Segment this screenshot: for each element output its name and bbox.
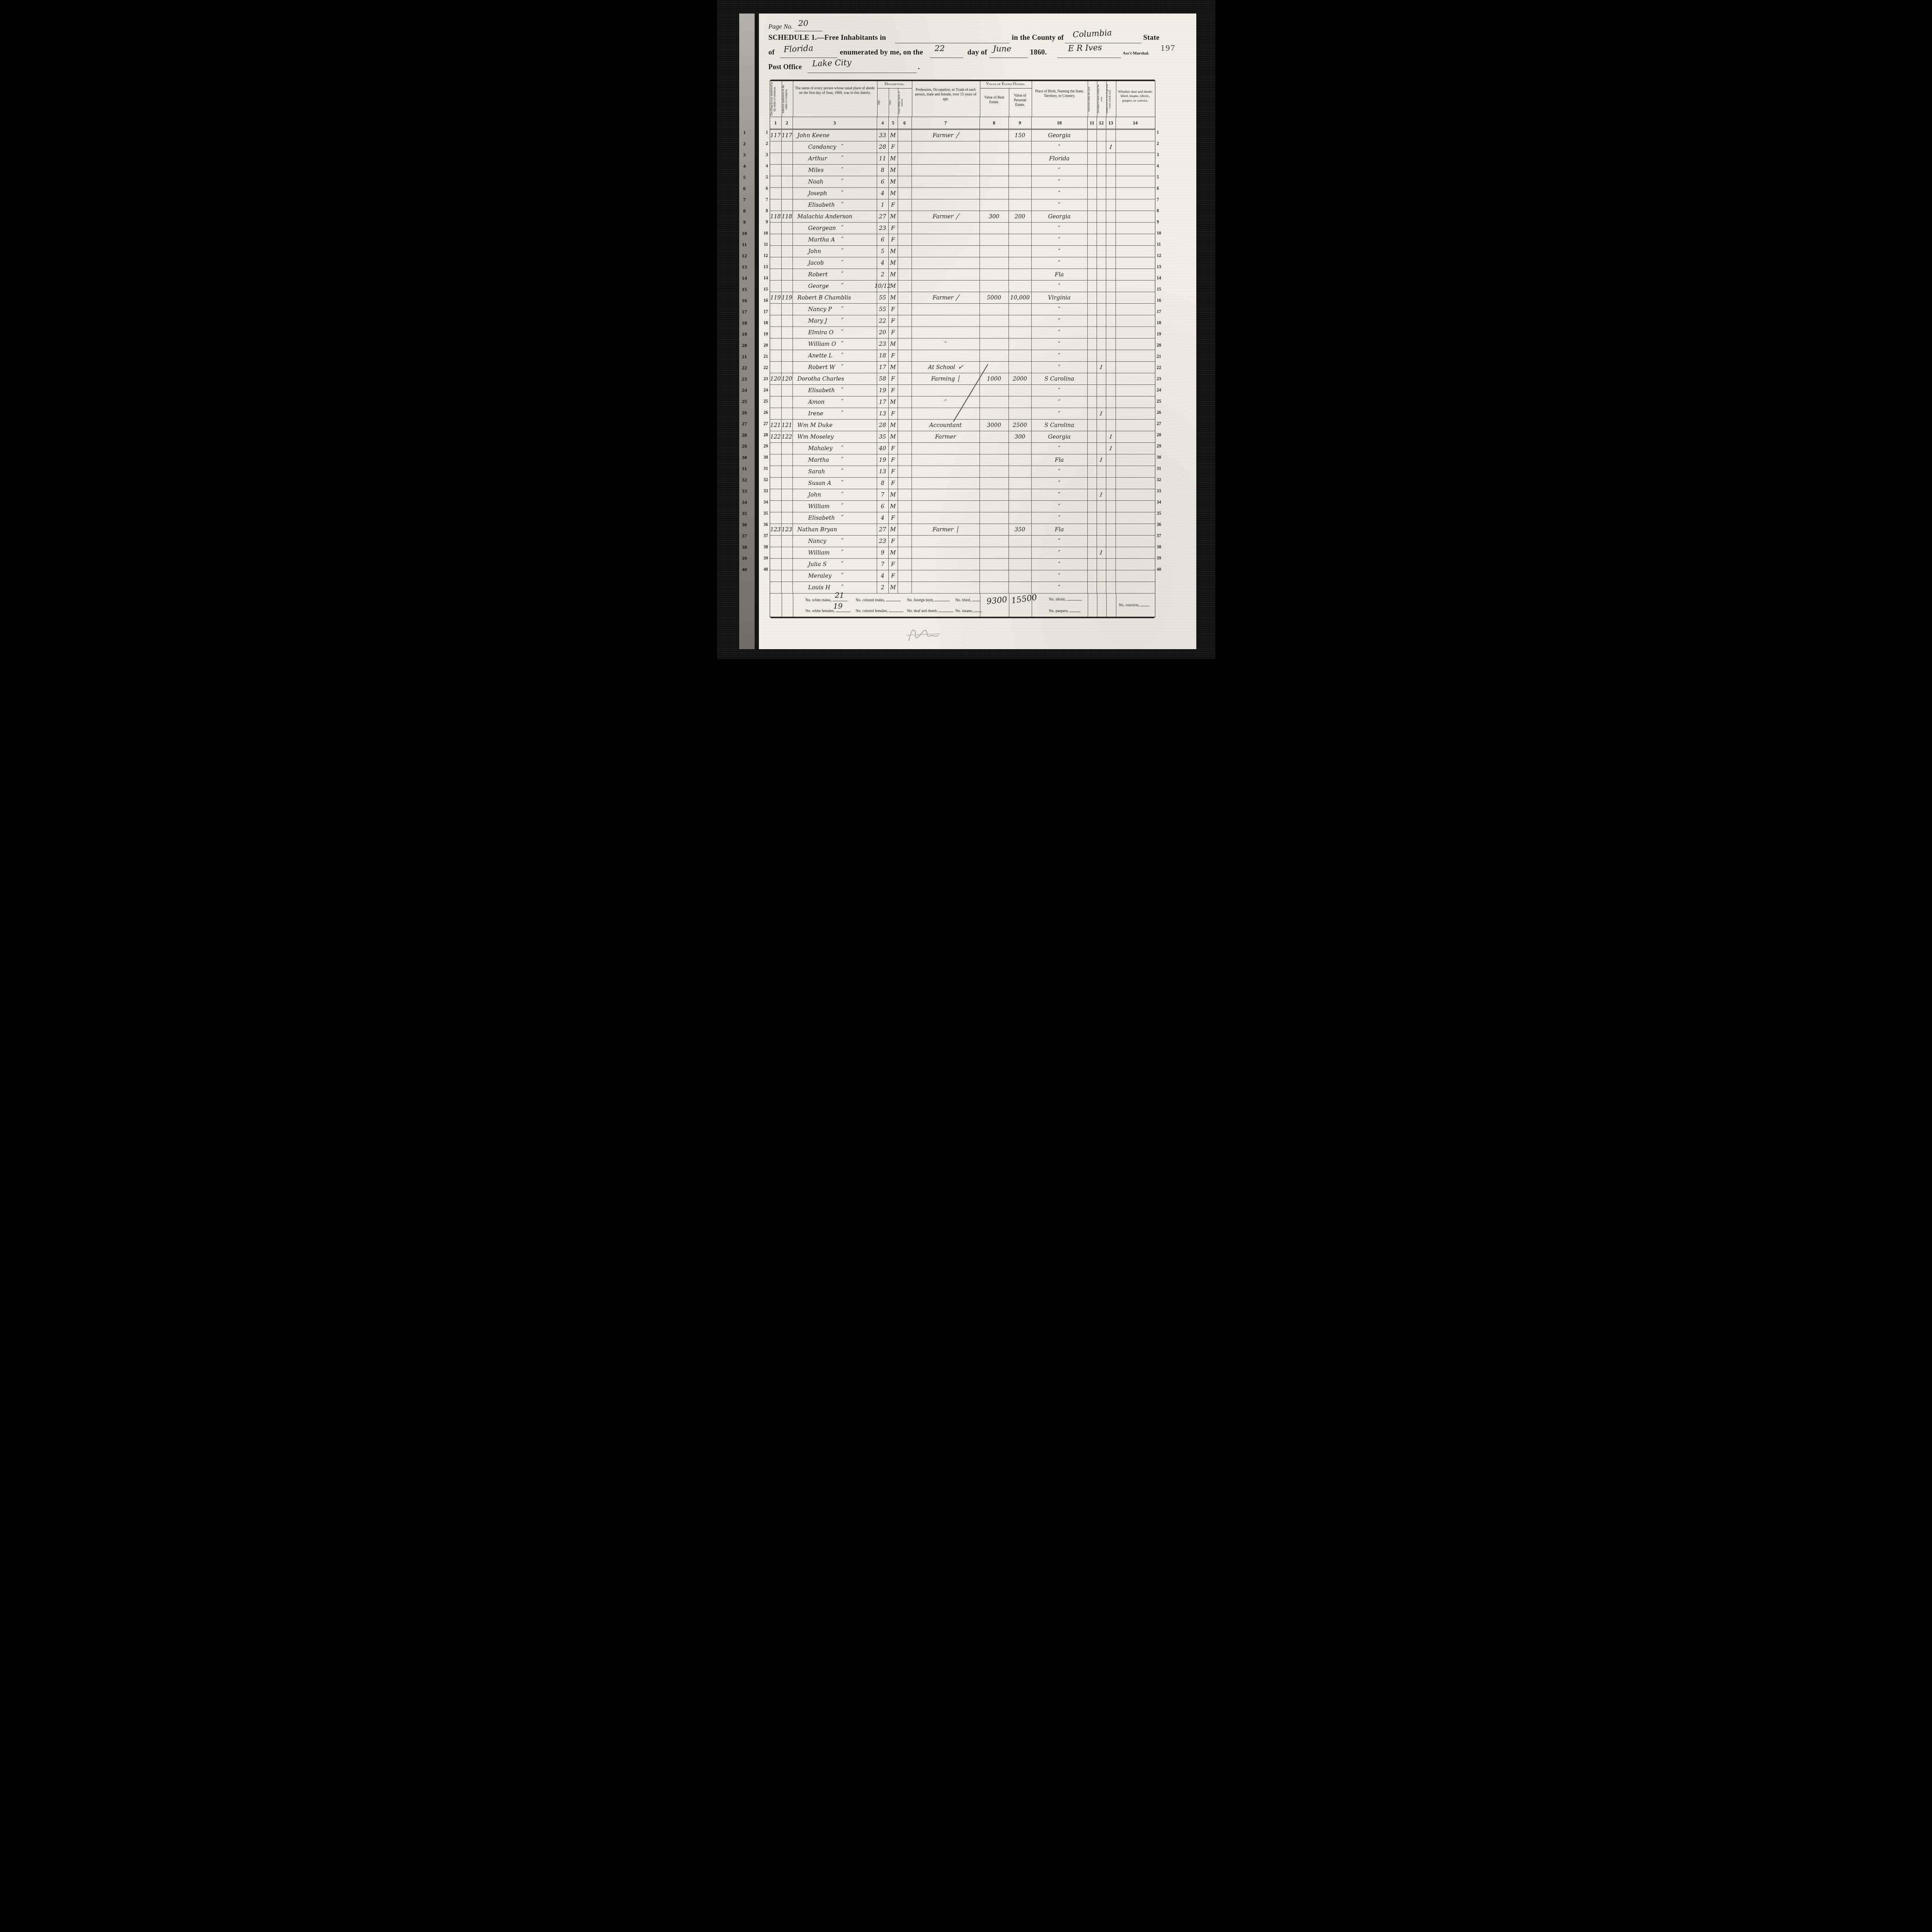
cell-family-number: [782, 443, 793, 454]
margin-row-number: 6: [759, 186, 768, 191]
column-number: 14: [1116, 117, 1155, 129]
cell-color: [898, 199, 912, 211]
cell-color: [898, 373, 912, 384]
cell-remarks: [1116, 199, 1155, 211]
cell-family-number: [782, 269, 793, 280]
cell-age: 5: [877, 246, 889, 257]
cell-family-number: [782, 176, 793, 187]
cell-occupation: Farmer/: [912, 211, 980, 222]
state-label: State: [1143, 34, 1160, 42]
table-row: Nancy P″55F″: [770, 304, 1155, 315]
cell-cannot-read-write: [1106, 489, 1116, 500]
cell-cannot-read-write: [1106, 396, 1116, 408]
cell-occupation: [912, 570, 980, 582]
cell-married-within-year: [1088, 559, 1097, 570]
cell-remarks: [1116, 489, 1155, 500]
cell-occupation: Farmer\: [912, 524, 980, 535]
cell-occupation: [912, 408, 980, 419]
cell-personal-estate-value: [1009, 165, 1032, 176]
cell-dwelling-number: 122: [770, 431, 782, 442]
cell-dwelling-number: [770, 246, 782, 257]
cell-dwelling-number: [770, 141, 782, 153]
margin-row-number: 18: [759, 321, 768, 325]
signature-underline: [1057, 57, 1121, 58]
cell-cannot-read-write: 1: [1106, 141, 1116, 153]
table-row: Noah″6M″: [770, 176, 1155, 188]
cell-place-of-birth: ″: [1032, 188, 1088, 199]
cell-family-number: [782, 165, 793, 176]
cell-name: Dorotha Charles: [793, 373, 877, 384]
cell-sex: M: [889, 211, 898, 222]
cell-name: Elisabeth″: [793, 385, 877, 396]
state-underline: [780, 57, 837, 58]
cell-family-number: [782, 199, 793, 211]
cell-attended-school: [1097, 234, 1106, 245]
cell-remarks: [1116, 269, 1155, 280]
insane-label: No. insane,: [956, 608, 983, 613]
cell-cannot-read-write: [1106, 524, 1116, 535]
margin-row-number: 4: [1157, 164, 1166, 168]
cell-attended-school: [1097, 466, 1106, 477]
cell-color: [898, 582, 912, 593]
cell-place-of-birth: ″: [1032, 466, 1088, 477]
edge-row-number: 5: [738, 174, 751, 180]
cell-occupation: [912, 257, 980, 269]
cell-personal-estate-value: [1009, 281, 1032, 292]
cell-color: [898, 281, 912, 292]
post-office-period: .: [918, 63, 920, 71]
cell-cannot-read-write: [1106, 211, 1116, 222]
cell-family-number: [782, 281, 793, 292]
of-label: of: [769, 48, 775, 57]
cell-married-within-year: [1088, 536, 1097, 547]
cell-real-estate-value: [980, 350, 1009, 361]
cell-dwelling-number: [770, 547, 782, 558]
cell-age: 1: [877, 199, 889, 211]
cell-real-estate-value: [980, 246, 1009, 257]
cell-attended-school: [1097, 524, 1106, 535]
header-col12: Attended School within the year.: [1097, 82, 1106, 116]
cell-married-within-year: [1088, 223, 1097, 234]
cell-married-within-year: [1088, 304, 1097, 315]
cell-age: 6: [877, 234, 889, 245]
cell-real-estate-value: [980, 315, 1009, 327]
cell-remarks: [1116, 176, 1155, 187]
cell-color: [898, 443, 912, 454]
header-col7: Profession, Occupation, or Trade of each…: [913, 88, 978, 102]
margin-row-number: 30: [1157, 455, 1166, 460]
cell-married-within-year: [1088, 570, 1097, 582]
cell-name: Robert B Chamblis: [793, 292, 877, 303]
cell-married-within-year: [1088, 454, 1097, 466]
cell-dwelling-number: [770, 396, 782, 408]
cell-place-of-birth: ″: [1032, 536, 1088, 547]
cell-personal-estate-value: 10,000: [1009, 292, 1032, 303]
cell-dwelling-number: [770, 153, 782, 164]
cell-married-within-year: [1088, 292, 1097, 303]
colored-females-label: No. colored females,: [856, 608, 904, 613]
cell-dwelling-number: [770, 559, 782, 570]
cell-name: George″: [793, 281, 877, 292]
cell-family-number: [782, 304, 793, 315]
cell-remarks: [1116, 466, 1155, 477]
county-label: in the County of: [1012, 34, 1064, 42]
cell-dwelling-number: [770, 489, 782, 500]
cell-married-within-year: [1088, 188, 1097, 199]
margin-row-number: 31: [759, 466, 768, 471]
cell-family-number: [782, 512, 793, 524]
margin-row-number: 38: [1157, 545, 1166, 549]
table-row: 123123Nathan Bryan27MFarmer\350Fla: [770, 524, 1155, 536]
cell-sex: F: [889, 443, 898, 454]
cell-cannot-read-write: [1106, 408, 1116, 419]
cell-color: [898, 396, 912, 408]
cell-occupation: At School✓: [912, 362, 980, 373]
cell-cannot-read-write: [1106, 536, 1116, 547]
cell-attended-school: [1097, 559, 1106, 570]
cell-dwelling-number: 118: [770, 211, 782, 222]
cell-occupation: [912, 269, 980, 280]
margin-row-number: 39: [1157, 556, 1166, 561]
table-row: John″5M″: [770, 246, 1155, 257]
margin-row-number: 30: [759, 455, 768, 460]
cell-age: 27: [877, 524, 889, 535]
margin-row-number: 7: [759, 197, 768, 202]
cell-remarks: [1116, 420, 1155, 431]
cell-color: [898, 489, 912, 500]
margin-row-number: 29: [759, 444, 768, 449]
cell-personal-estate-value: [1009, 454, 1032, 466]
cell-cannot-read-write: [1106, 234, 1116, 245]
column-number-row: 1234567891011121314: [770, 117, 1155, 130]
cell-married-within-year: [1088, 176, 1097, 187]
cell-name: Georgean″: [793, 223, 877, 234]
cell-place-of-birth: ″: [1032, 223, 1088, 234]
cell-family-number: 121: [782, 420, 793, 431]
cell-cannot-read-write: [1106, 338, 1116, 350]
table-row: Robert W″17MAt School✓″1: [770, 362, 1155, 373]
cell-married-within-year: [1088, 246, 1097, 257]
edge-row-number: 4: [738, 163, 751, 169]
edge-row-number: 2: [738, 141, 751, 147]
edge-row-number: 23: [738, 376, 751, 382]
cell-personal-estate-value: [1009, 327, 1032, 338]
table-row: Mahaley″40F″1: [770, 443, 1155, 454]
year-value: 1860.: [1030, 48, 1047, 57]
cell-color: [898, 454, 912, 466]
cell-attended-school: [1097, 153, 1106, 164]
cell-place-of-birth: ″: [1032, 304, 1088, 315]
margin-row-number: 25: [759, 399, 768, 404]
cell-real-estate-value: [980, 536, 1009, 547]
cell-occupation: Farming\: [912, 373, 980, 384]
cell-family-number: [782, 454, 793, 466]
cell-age: 4: [877, 188, 889, 199]
cell-cannot-read-write: [1106, 478, 1116, 489]
cell-attended-school: [1097, 431, 1106, 442]
cell-real-estate-value: 5000: [980, 292, 1009, 303]
cell-personal-estate-value: [1009, 153, 1032, 164]
cell-age: 10/12: [877, 281, 889, 292]
margin-row-number: 26: [759, 410, 768, 415]
cell-age: 7: [877, 489, 889, 500]
cell-dwelling-number: [770, 408, 782, 419]
page-no-underline: [794, 31, 822, 31]
cell-dwelling-number: [770, 165, 782, 176]
cell-personal-estate-value: 2000: [1009, 373, 1032, 384]
cell-occupation: [912, 512, 980, 524]
cell-dwelling-number: [770, 362, 782, 373]
cell-real-estate-value: [980, 408, 1009, 419]
cell-married-within-year: [1088, 153, 1097, 164]
cell-family-number: [782, 327, 793, 338]
cell-real-estate-value: [980, 130, 1009, 141]
cell-remarks: [1116, 246, 1155, 257]
margin-row-number: 35: [759, 511, 768, 516]
cell-real-estate-value: [980, 478, 1009, 489]
table-row: Candancy″28F″1: [770, 141, 1155, 153]
cell-dwelling-number: [770, 257, 782, 269]
cell-occupation: [912, 153, 980, 164]
cell-age: 28: [877, 420, 889, 431]
column-number: 10: [1032, 117, 1088, 129]
table-row: 118118Malachia Anderson27MFarmer/300200G…: [770, 211, 1155, 223]
cell-dwelling-number: [770, 188, 782, 199]
cell-color: [898, 211, 912, 222]
cell-sex: M: [889, 524, 898, 535]
cell-dwelling-number: [770, 223, 782, 234]
table-row: William″9M″1: [770, 547, 1155, 559]
cell-married-within-year: [1088, 257, 1097, 269]
cell-remarks: [1116, 188, 1155, 199]
cell-occupation: [912, 489, 980, 500]
cell-color: [898, 466, 912, 477]
cell-place-of-birth: ″: [1032, 582, 1088, 593]
table-row: 117117John Keene33MFarmer/150Georgia: [770, 130, 1155, 141]
cell-sex: F: [889, 327, 898, 338]
stamp-page-number: 197: [1161, 43, 1176, 53]
cell-married-within-year: [1088, 396, 1097, 408]
cell-color: [898, 234, 912, 245]
cell-attended-school: [1097, 536, 1106, 547]
cell-occupation: [912, 536, 980, 547]
cell-remarks: [1116, 443, 1155, 454]
cell-sex: F: [889, 536, 898, 547]
cell-family-number: [782, 141, 793, 153]
table-row: Martha A″6F″: [770, 234, 1155, 246]
cell-name: Candancy″: [793, 141, 877, 153]
cell-personal-estate-value: [1009, 570, 1032, 582]
table-row: Joseph″4M″: [770, 188, 1155, 199]
cell-sex: M: [889, 176, 898, 187]
edge-row-number: 34: [738, 499, 751, 505]
margin-row-number: 39: [759, 556, 768, 561]
margin-row-number: 6: [1157, 186, 1166, 191]
cell-name: Robert W″: [793, 362, 877, 373]
edge-row-number: 32: [738, 477, 751, 483]
cell-age: 20: [877, 327, 889, 338]
cell-name: Elisabeth″: [793, 512, 877, 524]
edge-row-number: 19: [738, 331, 751, 337]
edge-row-number: 40: [738, 566, 751, 573]
cell-name: Julia S″: [793, 559, 877, 570]
cell-age: 33: [877, 130, 889, 141]
cell-family-number: [782, 350, 793, 361]
margin-row-number: 5: [1157, 175, 1166, 180]
cell-name: Robert″: [793, 269, 877, 280]
edge-row-number: 7: [738, 197, 751, 203]
table-row: Louis H″2M″: [770, 582, 1155, 594]
margin-row-number: 17: [759, 310, 768, 314]
table-row: John″7M″1: [770, 489, 1155, 501]
margin-row-number: 34: [759, 500, 768, 505]
cell-personal-estate-value: [1009, 350, 1032, 361]
cell-sex: M: [889, 396, 898, 408]
margin-row-number: 19: [1157, 332, 1166, 337]
cell-married-within-year: [1088, 501, 1097, 512]
cell-age: 4: [877, 570, 889, 582]
cell-age: 19: [877, 385, 889, 396]
cell-remarks: [1116, 211, 1155, 222]
film-margin-right: [1196, 0, 1215, 659]
cell-age: 6: [877, 176, 889, 187]
cell-sex: M: [889, 547, 898, 558]
post-office-underline: [808, 72, 917, 73]
cell-sex: M: [889, 420, 898, 431]
cell-married-within-year: [1088, 385, 1097, 396]
cell-name: Martha A″: [793, 234, 877, 245]
table-row: Elmira O″20F″: [770, 327, 1155, 338]
cell-dwelling-number: [770, 501, 782, 512]
cell-age: 4: [877, 512, 889, 524]
edge-row-number: 21: [738, 354, 751, 360]
table-row: 120120Dorotha Charles58FFarming\10002000…: [770, 373, 1155, 385]
cell-married-within-year: [1088, 327, 1097, 338]
cell-place-of-birth: ″: [1032, 315, 1088, 327]
cell-personal-estate-value: 350: [1009, 524, 1032, 535]
cell-sex: M: [889, 489, 898, 500]
cell-married-within-year: [1088, 130, 1097, 141]
cell-remarks: [1116, 257, 1155, 269]
cell-dwelling-number: [770, 269, 782, 280]
cell-sex: F: [889, 512, 898, 524]
cell-dwelling-number: [770, 582, 782, 593]
cell-real-estate-value: [980, 501, 1009, 512]
cell-real-estate-value: [980, 524, 1009, 535]
cell-cannot-read-write: [1106, 188, 1116, 199]
cell-personal-estate-value: [1009, 559, 1032, 570]
cell-age: 2: [877, 269, 889, 280]
header-col1: Dwelling-houses numbered in the order of…: [770, 82, 782, 116]
cell-family-number: [782, 536, 793, 547]
cell-color: [898, 315, 912, 327]
cell-cannot-read-write: [1106, 199, 1116, 211]
table-row: 122122Wm Moseley35MFarmer300Georgia1: [770, 431, 1155, 443]
cell-place-of-birth: ″: [1032, 512, 1088, 524]
edge-row-number: 8: [738, 208, 751, 214]
cell-remarks: [1116, 431, 1155, 442]
edge-row-number: 18: [738, 320, 751, 326]
cell-name: Nancy″: [793, 536, 877, 547]
cell-occupation: Farmer: [912, 431, 980, 442]
cell-place-of-birth: Virginia: [1032, 292, 1088, 303]
margin-row-number: 25: [1157, 399, 1166, 404]
cell-personal-estate-value: [1009, 315, 1032, 327]
edge-row-number: 35: [738, 510, 751, 517]
table-row: Robert″2MFla: [770, 269, 1155, 281]
cell-dwelling-number: [770, 570, 782, 582]
cell-real-estate-value: [980, 141, 1009, 153]
cell-married-within-year: [1088, 466, 1097, 477]
cell-dwelling-number: [770, 327, 782, 338]
margin-row-number: 20: [1157, 343, 1166, 348]
edge-row-number: 25: [738, 398, 751, 405]
cell-real-estate-value: [980, 304, 1009, 315]
margin-row-number: 5: [759, 175, 768, 180]
edge-row-number: 31: [738, 466, 751, 472]
cell-cannot-read-write: [1106, 304, 1116, 315]
cell-place-of-birth: Georgia: [1032, 130, 1088, 141]
margin-row-number: 32: [759, 478, 768, 482]
post-office-label: Post Office: [769, 63, 802, 71]
cell-family-number: [782, 547, 793, 558]
margin-row-number: 24: [759, 388, 768, 393]
header-col11: Married within the year.: [1088, 82, 1097, 116]
cell-family-number: [782, 234, 793, 245]
margin-row-number: 26: [1157, 410, 1166, 415]
cell-real-estate-value: [980, 547, 1009, 558]
cell-cannot-read-write: [1106, 582, 1116, 593]
edge-row-number: 26: [738, 410, 751, 416]
cell-color: [898, 420, 912, 431]
cell-dwelling-number: [770, 443, 782, 454]
cell-age: 23: [877, 223, 889, 234]
cell-place-of-birth: ″: [1032, 199, 1088, 211]
cell-place-of-birth: ″: [1032, 257, 1088, 269]
header-estate-group: Value of Estate Owned.: [980, 82, 1032, 88]
state-value: Florida: [783, 43, 813, 54]
cell-place-of-birth: ″: [1032, 234, 1088, 245]
cell-cannot-read-write: [1106, 373, 1116, 384]
cell-remarks: [1116, 315, 1155, 327]
cell-married-within-year: [1088, 582, 1097, 593]
cell-place-of-birth: ″: [1032, 362, 1088, 373]
cell-family-number: [782, 315, 793, 327]
cell-real-estate-value: [980, 234, 1009, 245]
edge-row-number: 22: [738, 365, 751, 371]
edge-row-number: 17: [738, 309, 751, 315]
cell-attended-school: [1097, 443, 1106, 454]
cell-remarks: [1116, 130, 1155, 141]
cell-sex: M: [889, 431, 898, 442]
cell-attended-school: [1097, 385, 1106, 396]
cell-sex: F: [889, 373, 898, 384]
cell-real-estate-value: [980, 199, 1009, 211]
cell-sex: F: [889, 223, 898, 234]
cell-personal-estate-value: [1009, 246, 1032, 257]
cell-color: [898, 292, 912, 303]
cell-real-estate-value: [980, 396, 1009, 408]
margin-row-number: 40: [759, 567, 768, 572]
margin-row-number: 18: [1157, 321, 1166, 325]
cell-age: 2: [877, 582, 889, 593]
cell-place-of-birth: ″: [1032, 501, 1088, 512]
edge-row-number: 10: [738, 230, 751, 236]
header-col3: The name of every person whose usual pla…: [794, 87, 876, 96]
cell-name: Nathan Bryan: [793, 524, 877, 535]
cell-place-of-birth: S Carolina: [1032, 373, 1088, 384]
cell-attended-school: [1097, 478, 1106, 489]
